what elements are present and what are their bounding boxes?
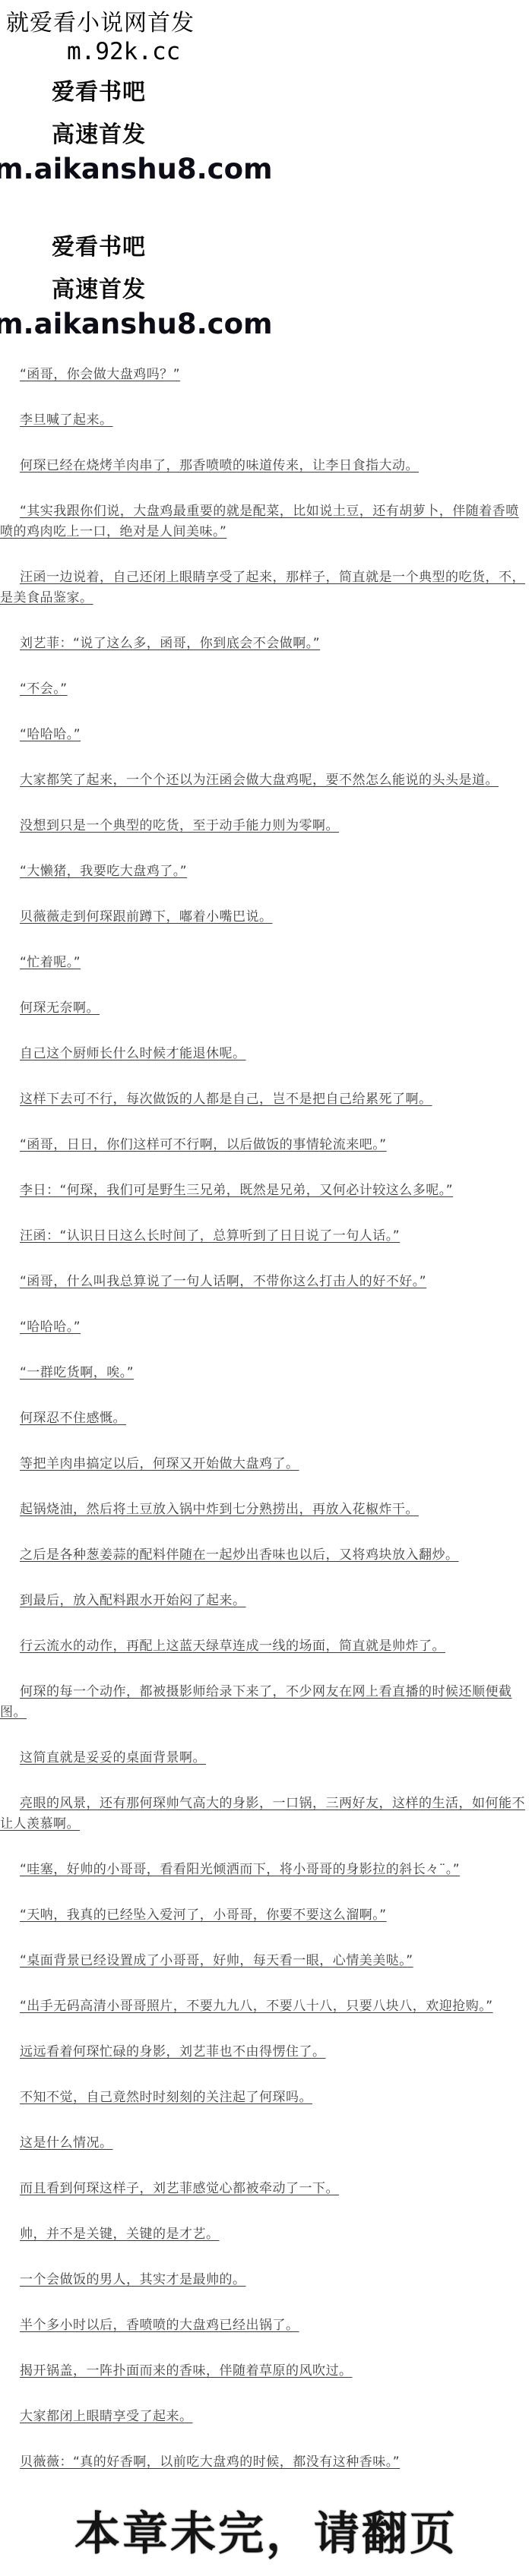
promo-site-name: 爱看书吧 — [0, 77, 198, 108]
paragraph: 何琛的每一个动作，都被摄影师给录下来了，不少网友在网上看直播的时候还顺便截图。 — [0, 1682, 532, 1723]
paragraph: 等把羊肉串搞定以后，何琛又开始做大盘鸡了。 — [0, 1454, 532, 1474]
paragraph: “哈哈哈。” — [0, 1317, 532, 1338]
paragraph: “大懒猪，我要吃大盘鸡了。” — [0, 861, 532, 882]
paragraph: “忙着呢。” — [0, 953, 532, 973]
paragraph: 李日：“何琛，我们可是野生三兄弟，既然是兄弟，又何必计较这么多呢。” — [0, 1181, 532, 1201]
promo-block: 爱看书吧 高速首发 m.aikanshu8.com — [0, 77, 198, 187]
paragraph: 汪函：“认识日日这么长时间了，总算听到了日日说了一句人话。” — [0, 1226, 532, 1247]
paragraph: 而且看到何琛这样子，刘艺菲感觉心都被牵动了一下。 — [0, 2179, 532, 2199]
paragraph: 没想到只是一个典型的吃货，至于动手能力则为零啊。 — [0, 816, 532, 836]
paragraph: 大家都笑了起来，一个个还以为汪函会做大盘鸡呢，要不然怎么能说的头头是道。 — [0, 770, 532, 791]
paragraph: “桌面背景已经设置成了小哥哥，好帅，每天看一眼，心情美美哒。” — [0, 1951, 532, 1971]
paragraph: 何琛已经在烧烤羊肉串了，那香喷喷的味道传来，让李日食指大动。 — [0, 456, 532, 476]
page-turn-notice: 本章未完，请翻页 — [0, 2498, 532, 2571]
site-url-link[interactable]: m.92k.cc — [67, 38, 532, 65]
paragraph: 汪函一边说着，自己还闭上眼睛享受了起来，那样子，简直就是一个典型的吃货，不，是美… — [0, 567, 532, 608]
promo-tagline: 高速首发 — [0, 275, 198, 305]
promo-site-name: 爱看书吧 — [0, 232, 198, 263]
site-banner: 就爱看小说网首发 m.92k.cc — [0, 0, 532, 65]
paragraph: 一个会做饭的男人，其实才是最帅的。 — [0, 2270, 532, 2290]
paragraph: 帅，并不是关键，关键的是才艺。 — [0, 2224, 532, 2245]
promo-url-link[interactable]: m.aikanshu8.com — [0, 152, 198, 187]
paragraph: 刘艺菲：“说了这么多，函哥，你到底会不会做啊。” — [0, 634, 532, 654]
paragraph: “函哥，日日，你们这样可不行啊，以后做饭的事情轮流来吧。” — [0, 1135, 532, 1155]
paragraph: 李旦喊了起来。 — [0, 410, 532, 431]
promo-block: 爱看书吧 高速首发 m.aikanshu8.com — [0, 232, 198, 342]
paragraph: “哇塞，好帅的小哥哥，看看阳光倾洒而下，将小哥哥的身影拉的斜长々¨。” — [0, 1860, 532, 1880]
paragraph: “函哥，你会做大盘鸡吗？” — [0, 365, 532, 385]
paragraph: “天呐，我真的已经坠入爱河了，小哥哥，你要不要这么溜啊。” — [0, 1905, 532, 1926]
novel-page: 就爱看小说网首发 m.92k.cc 爱看书吧 高速首发 m.aikanshu8.… — [0, 0, 532, 2571]
paragraph: 这样下去可不行，每次做饭的人都是自己，岂不是把自己给累死了啊。 — [0, 1089, 532, 1110]
paragraph: 行云流水的动作，再配上这蓝天绿草连成一线的场面，简直就是帅炸了。 — [0, 1636, 532, 1657]
paragraph: 这简直就是妥妥的桌面背景啊。 — [0, 1748, 532, 1768]
paragraph: 这是什么情况。 — [0, 2133, 532, 2154]
paragraph: 到最后，放入配料跟水开始闷了起来。 — [0, 1591, 532, 1611]
paragraph: “一群吃货啊，唉。” — [0, 1363, 532, 1383]
chapter-paragraphs: “函哥，你会做大盘鸡吗？”李旦喊了起来。何琛已经在烧烤羊肉串了，那香喷喷的味道传… — [0, 365, 532, 2473]
paragraph: “出手无码高清小哥哥照片，不要九九八，不要八十八，只要八块八，欢迎抢购。” — [0, 1996, 532, 2017]
promo-url-link[interactable]: m.aikanshu8.com — [0, 307, 198, 342]
paragraph: 贝薇薇：“真的好香啊，以前吃大盘鸡的时候，都没有这种香味。” — [0, 2452, 532, 2473]
paragraph: “其实我跟你们说，大盘鸡最重要的就是配菜，比如说土豆，还有胡萝卜，伴随着香喷喷的… — [0, 501, 532, 542]
paragraph: 贝薇薇走到何琛跟前蹲下，嘟着小嘴巴说。 — [0, 907, 532, 928]
site-title: 就爱看小说网首发 — [6, 9, 532, 38]
paragraph: 何琛忍不住感慨。 — [0, 1408, 532, 1429]
paragraph: 亮眼的风景，还有那何琛帅气高大的身影，一口锅，三两好友，这样的生活，如何能不让人… — [0, 1794, 532, 1835]
paragraph: 何琛无奈啊。 — [0, 998, 532, 1019]
paragraph: 自己这个厨师长什么时候才能退休呢。 — [0, 1044, 532, 1064]
paragraph: 大家都闭上眼睛享受了起来。 — [0, 2407, 532, 2427]
paragraph: “不会。” — [0, 679, 532, 700]
paragraph: 远远看着何琛忙碌的身影，刘艺菲也不由得愣住了。 — [0, 2042, 532, 2062]
promo-tagline: 高速首发 — [0, 120, 198, 150]
paragraph: 之后是各种葱姜蒜的配料伴随在一起炒出香味也以后，又将鸡块放入翻炒。 — [0, 1545, 532, 1566]
paragraph: 揭开锅盖，一阵扑面而来的香味，伴随着草原的风吹过。 — [0, 2361, 532, 2382]
paragraph: 半个多小时以后，香喷喷的大盘鸡已经出锅了。 — [0, 2315, 532, 2336]
paragraph: “函哥，什么叫我总算说了一句人话啊，不带你这么打击人的好不好。” — [0, 1272, 532, 1292]
paragraph: “哈哈哈。” — [0, 725, 532, 745]
paragraph: 不知不觉，自己竟然时时刻刻的关注起了何琛吗。 — [0, 2088, 532, 2108]
paragraph: 起锅烧油，然后将土豆放入锅中炸到七分熟捞出，再放入花椒炸干。 — [0, 1500, 532, 1520]
